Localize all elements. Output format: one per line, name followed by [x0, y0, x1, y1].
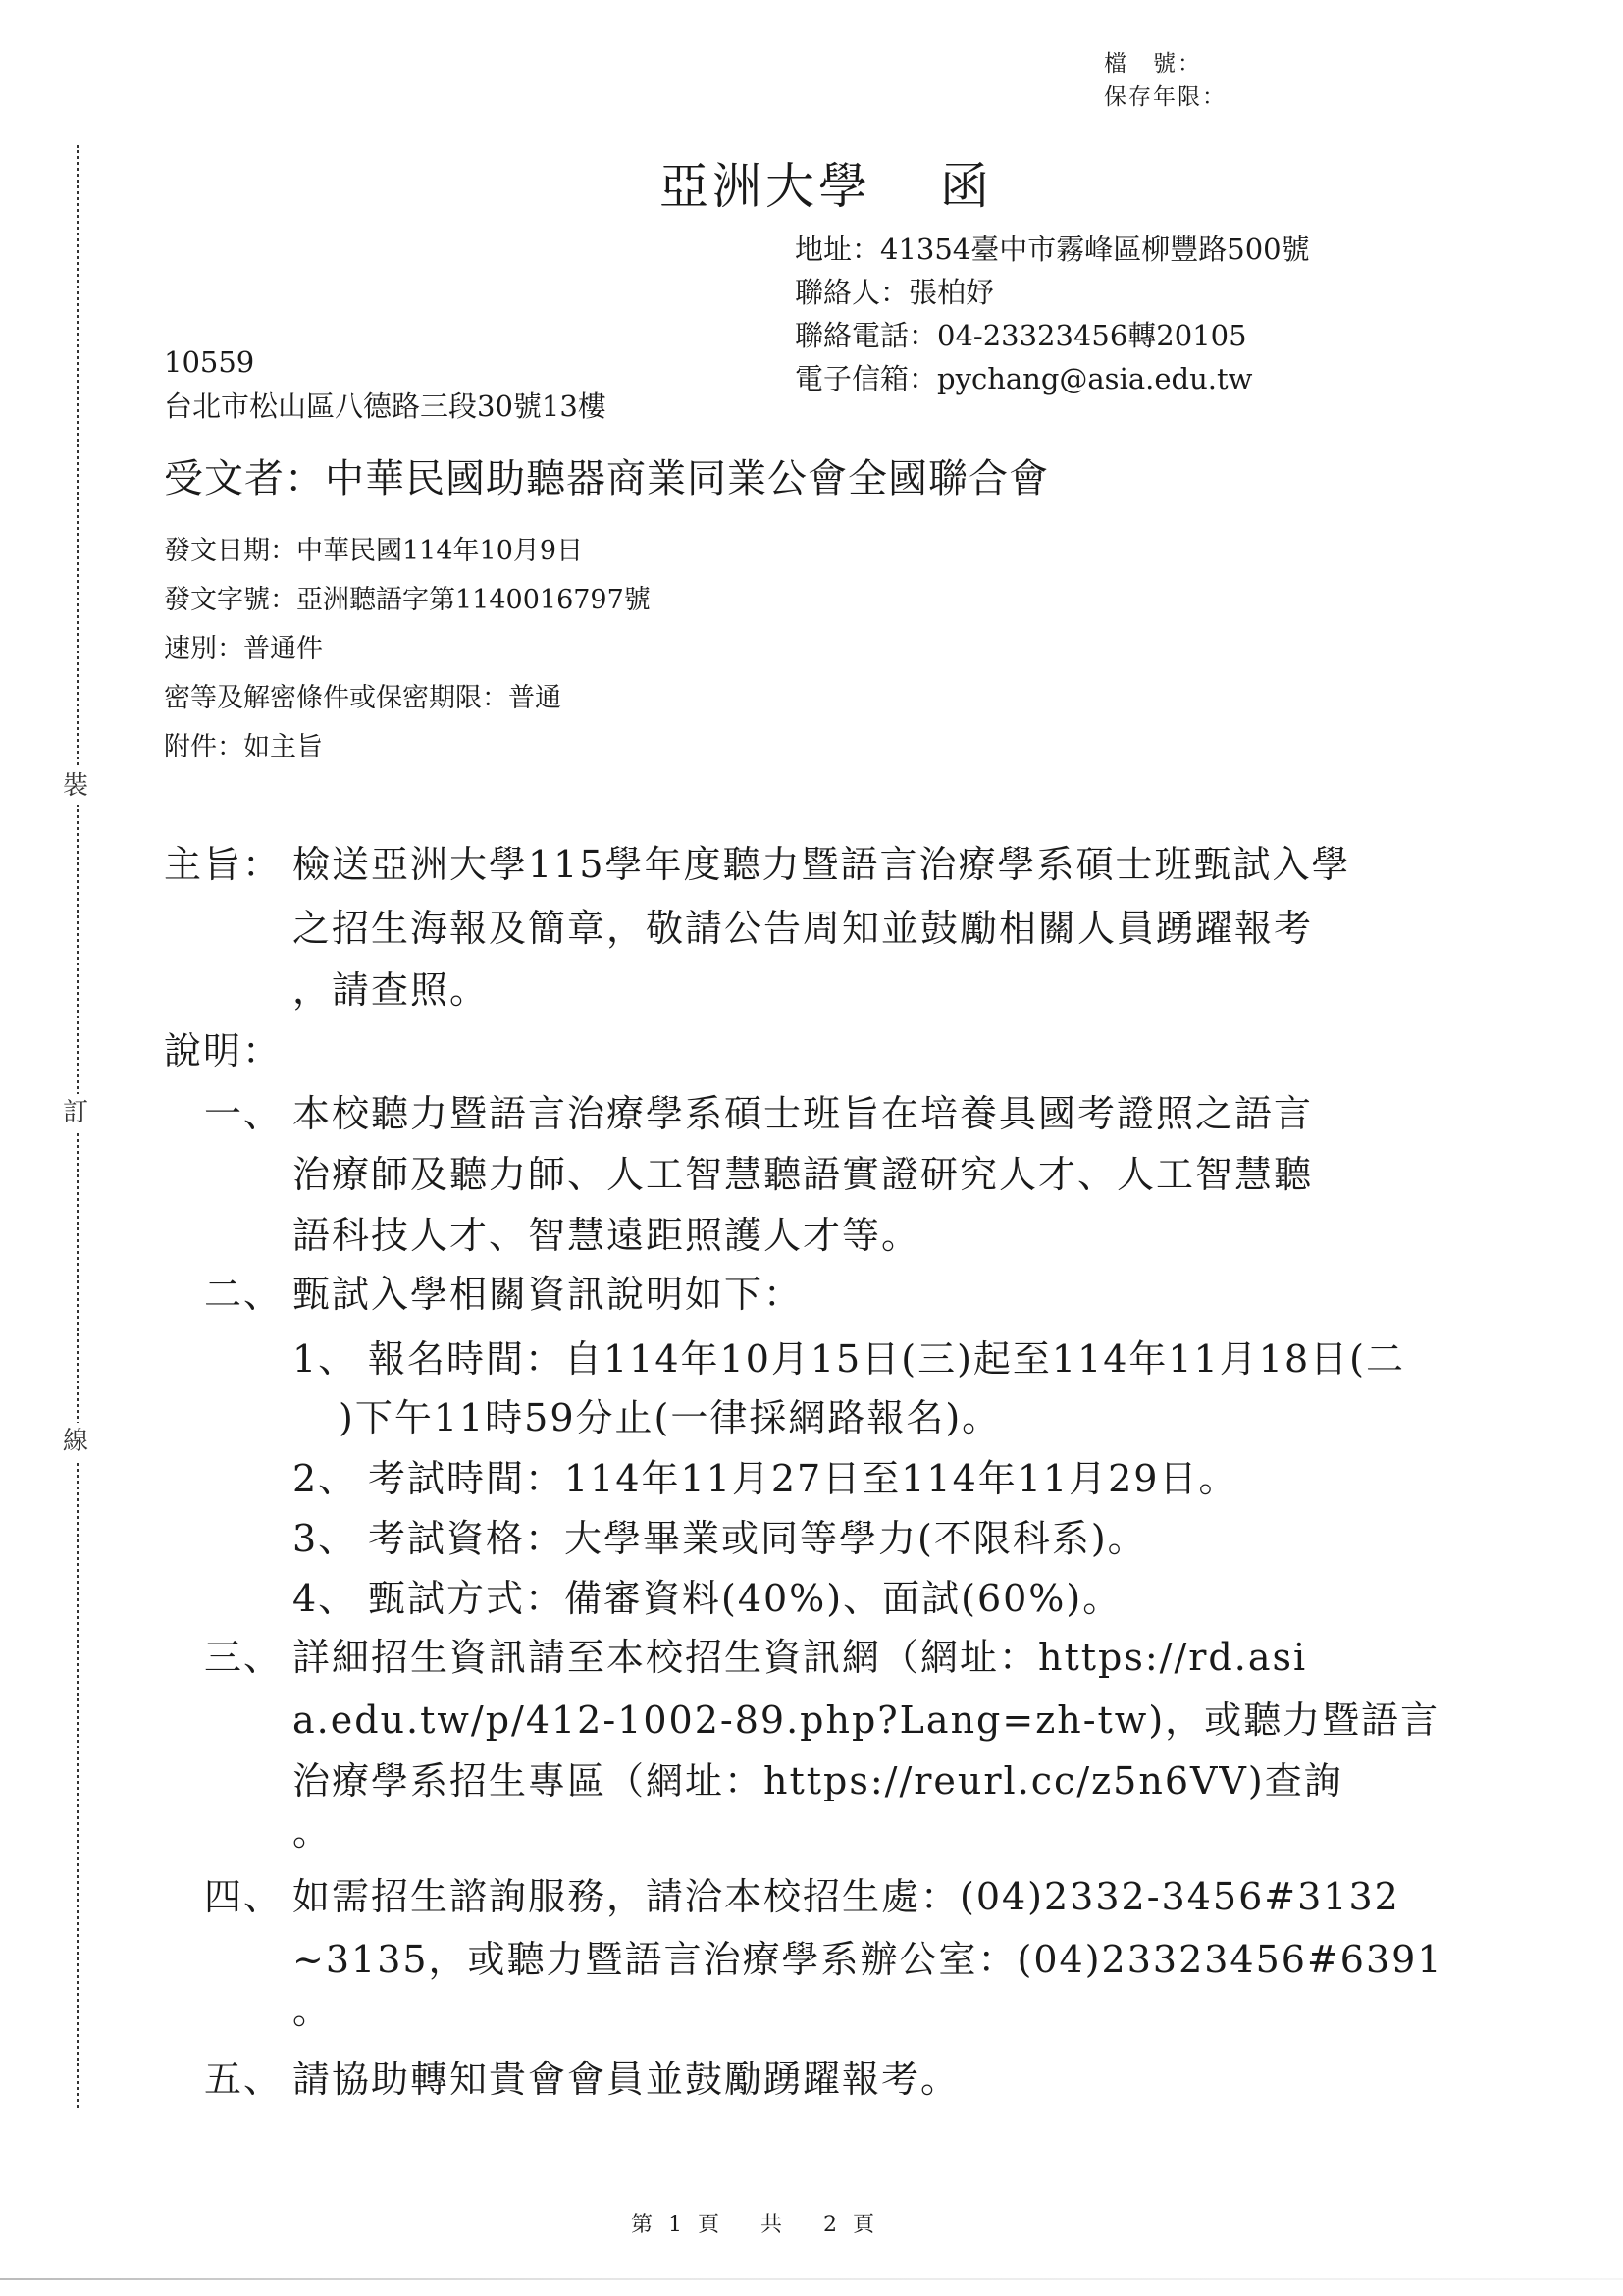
subitem-number: 1、: [292, 1329, 357, 1383]
page-total: 2: [823, 2213, 839, 2237]
item-line: 治療師及聽力師、人工智慧聽語實證研究人才、人工智慧聽: [292, 1144, 1313, 1198]
subject-line: 之招生海報及簡章，敬請公告周知並鼓勵相關人員踴躍報考: [292, 898, 1313, 952]
subitem-number: 2、: [292, 1448, 357, 1502]
page-prefix: 第: [631, 2213, 654, 2237]
document-meta: 發文日期：中華民國114年10月9日 發文字號：亞洲聽語字第1140016797…: [164, 527, 651, 772]
binding-char-xian: 線: [63, 1423, 88, 1460]
subitem-number: 3、: [292, 1508, 357, 1562]
addressee: 受文者：中華民國助聽器商業同業公會全國聯合會: [164, 447, 1049, 503]
subitem-line: 報名時間：自114年10月15日(三)起至114年11月18日(二: [368, 1329, 1405, 1383]
subject-line: 檢送亞洲大學115學年度聽力暨語言治療學系碩士班甄試入學: [292, 834, 1351, 888]
subject-line: ，請查照。: [292, 960, 489, 1014]
sender-email: 電子信箱：pychang@asia.edu.tw: [795, 357, 1310, 400]
doc-type: 函: [940, 158, 993, 215]
issue-date: 發文日期：中華民國114年10月9日: [164, 527, 651, 576]
filing-box: 檔 號： 保存年限：: [1104, 47, 1227, 114]
item-line: ~3135，或聽力暨語言治療學系辦公室：(04)23323456#6391: [292, 1929, 1443, 1983]
subitem-line: 考試時間：114年11月27日至114年11月29日。: [368, 1448, 1237, 1502]
reference-number: 發文字號：亞洲聽語字第1140016797號: [164, 576, 651, 625]
item-line: 詳細招生資訊請至本校招生資訊網（網址：https://rd.asi: [292, 1627, 1307, 1681]
subject-label: 主旨：: [164, 834, 282, 888]
recipient-street: 台北市松山區八德路三段30號13樓: [164, 385, 606, 425]
subitem-line: 甄試方式：備審資料(40%)、面試(60%)。: [368, 1568, 1122, 1622]
subitem-number: 4、: [292, 1568, 357, 1622]
item-number: 四、: [204, 1866, 283, 1920]
binding-char-ding: 訂: [63, 1094, 88, 1131]
recipient-zip: 10559: [164, 345, 254, 379]
retention-label: 保存年限：: [1104, 80, 1227, 114]
item-number: 一、: [204, 1083, 283, 1137]
item-line: 治療學系招生專區（網址：https://reurl.cc/z5n6VV)查詢: [292, 1750, 1343, 1804]
subitem-line: )下午11時59分止(一律採網路報名)。: [339, 1387, 1001, 1441]
document-title: 亞洲大學函: [659, 147, 993, 218]
total-prefix: 共: [760, 2213, 784, 2237]
item-line: 本校聽力暨語言治療學系碩士班旨在培養具國考證照之語言: [292, 1083, 1313, 1137]
page-footer: 第1頁共2頁: [631, 2208, 876, 2238]
binding-char-zhuang: 裝: [63, 767, 88, 805]
sender-phone: 聯絡電話：04-23323456轉20105: [795, 314, 1310, 357]
item-line: 請協助轉知貴會會員並鼓勵踴躍報考。: [292, 2049, 960, 2103]
item-line: 。: [292, 1801, 332, 1855]
item-line: a.edu.tw/p/412-1002-89.php?Lang=zh-tw)，或…: [292, 1690, 1440, 1744]
item-line: 如需招生諮詢服務，請洽本校招生處：(04)2332-3456#3132: [292, 1866, 1400, 1920]
page-current: 1: [668, 2213, 684, 2237]
page-label: 頁: [698, 2213, 721, 2237]
explanation-label: 說明：: [164, 1020, 282, 1074]
file-number-label: 檔 號：: [1104, 47, 1227, 80]
item-line: 甄試入學相關資訊說明如下：: [292, 1264, 803, 1318]
attachment: 附件：如主旨: [164, 723, 651, 772]
total-suffix: 頁: [853, 2213, 876, 2237]
sender-contact: 聯絡人：張柏妤: [795, 271, 1310, 314]
item-number: 五、: [204, 2049, 283, 2103]
item-number: 二、: [204, 1264, 283, 1318]
item-line: 語科技人才、智慧遠距照護人才等。: [292, 1205, 920, 1259]
sender-address: 地址：41354臺中市霧峰區柳豐路500號: [795, 228, 1310, 271]
scan-edge-line: [0, 2278, 1623, 2280]
subitem-line: 考試資格：大學畢業或同等學力(不限科系)。: [368, 1508, 1147, 1562]
urgency: 速別：普通件: [164, 625, 651, 674]
sender-info: 地址：41354臺中市霧峰區柳豐路500號 聯絡人：張柏妤 聯絡電話：04-23…: [795, 228, 1310, 400]
item-number: 三、: [204, 1627, 283, 1681]
classification: 密等及解密條件或保密期限：普通: [164, 674, 651, 723]
org-name: 亞洲大學: [659, 158, 871, 215]
item-line: 。: [292, 1980, 332, 2034]
